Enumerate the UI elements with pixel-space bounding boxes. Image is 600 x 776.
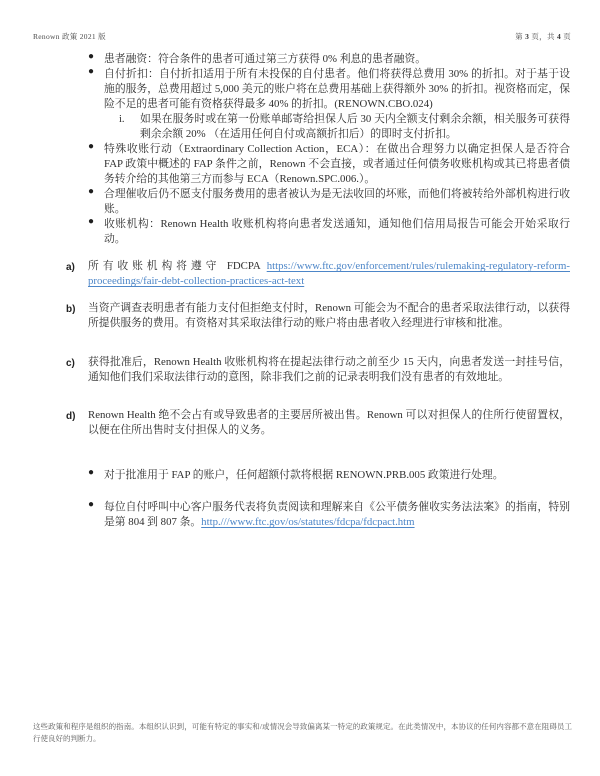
item-label-a: a) [66,260,75,275]
bullet-item-bad-debt: ● 合理催收后仍不愿支付服务费用的患者被认为是无法收回的坏账，而他们将被转给外部… [0,187,600,217]
lettered-item-a: a) 所有收账机构将遵守 FDCPA https://www.ftc.gov/e… [0,259,600,289]
bullet-text: 每位自付呼叫中心客户服务代表将负责阅读和理解来自《公平债务催收实务法法案》的指南… [104,500,570,530]
bullet-icon: ● [88,499,94,510]
document-body: ● 患者融资：符合条件的患者可通过第三方获得 0% 利息的患者融资。 ● 自付折… [0,52,600,530]
bullet-text: 对于批准用于 FAP 的账户，任何超额付款将根据 RENOWN.PRB.005 … [104,468,570,483]
item-text-d: Renown Health 绝不会占有或导致患者的主要居所被出售。Renown … [88,408,570,438]
page-indicator: 第 3 页，共 4 页 [515,31,571,42]
page-header: Renown 政策 2021 版 第 3 页，共 4 页 [33,31,571,42]
bullet-text: 合理催收后仍不愿支付服务费用的患者被认为是无法收回的坏账，而他们将被转给外部机构… [104,187,570,217]
page-indicator-post: 页 [561,32,571,41]
sub-item-text: 如果在服务时或在第一份账单邮寄给担保人后 30 天内全额支付剩余余额，相关服务可… [140,112,570,142]
page-indicator-mid: 页，共 [529,32,557,41]
bullet-icon: ● [88,141,94,152]
bullet-text: 患者融资：符合条件的患者可通过第三方获得 0% 利息的患者融资。 [104,52,570,67]
bullet-icon: ● [88,186,94,197]
item-text-a: 所有收账机构将遵守 FDCPA https://www.ftc.gov/enfo… [88,259,570,289]
item-label-d: d) [66,409,75,424]
sub-item-label: i. [119,112,125,127]
page-indicator-pre: 第 [515,32,525,41]
bullet-icon: ● [88,51,94,62]
lettered-item-c: c) 获得批准后，Renown Health 收账机构将在提起法律行动之前至少 … [0,355,600,385]
sub-item-prompt-pay: i. 如果在服务时或在第一份账单邮寄给担保人后 30 天内全额支付剩余余额，相关… [104,112,570,142]
item-text-b: 当资产调查表明患者有能力支付但拒绝支付时，Renown 可能会为不配合的患者采取… [88,301,570,331]
bullet-item-eca: ● 特殊收账行动（Extraordinary Collection Action… [0,142,600,187]
item-label-c: c) [66,356,75,371]
header-doc-title: Renown 政策 2021 版 [33,31,106,42]
item-a-lead-text: 所有收账机构将遵守 FDCPA [88,260,267,272]
bullet-icon: ● [88,66,94,77]
bullet-text: 自付折扣：自付折扣适用于所有未投保的自付患者。他们将获得总费用 30% 的折扣。… [104,67,570,112]
bullet-item-patient-financing: ● 患者融资：符合条件的患者可通过第三方获得 0% 利息的患者融资。 [0,52,600,67]
fdcpa-statute-link[interactable]: http.///www.ftc.gov/os/statutes/fdcpa/fd… [201,516,414,528]
bullet-item-fap-overpayment: ● 对于批准用于 FAP 的账户，任何超额付款将根据 RENOWN.PRB.00… [0,468,600,483]
bullet-item-collection-agency: ● 收账机构：Renown Health 收账机构将向患者发送通知，通知他们信用… [0,217,600,247]
bullet-item-call-center-fdcpa: ● 每位自付呼叫中心客户服务代表将负责阅读和理解来自《公平债务催收实务法法案》的… [0,500,600,530]
item-label-b: b) [66,302,75,317]
bullet-icon: ● [88,467,94,478]
bullet-icon: ● [88,216,94,227]
bullet-item-selfpay-discount: ● 自付折扣：自付折扣适用于所有未投保的自付患者。他们将获得总费用 30% 的折… [0,67,600,142]
item-text-c: 获得批准后，Renown Health 收账机构将在提起法律行动之前至少 15 … [88,355,570,385]
lettered-item-b: b) 当资产调查表明患者有能力支付但拒绝支付时，Renown 可能会为不配合的患… [0,301,600,331]
bullet-text: 特殊收账行动（Extraordinary Collection Action，E… [104,142,570,187]
lettered-item-d: d) Renown Health 绝不会占有或导致患者的主要居所被出售。Reno… [0,408,600,438]
footer-disclaimer: 这些政策和程序是组织的指南。本组织认识到，可能有特定的事实和/或情况会导致偏离某… [33,721,572,744]
bullet-text: 收账机构：Renown Health 收账机构将向患者发送通知，通知他们信用局报… [104,217,570,247]
document-page: Renown 政策 2021 版 第 3 页，共 4 页 ● 患者融资：符合条件… [0,0,600,776]
